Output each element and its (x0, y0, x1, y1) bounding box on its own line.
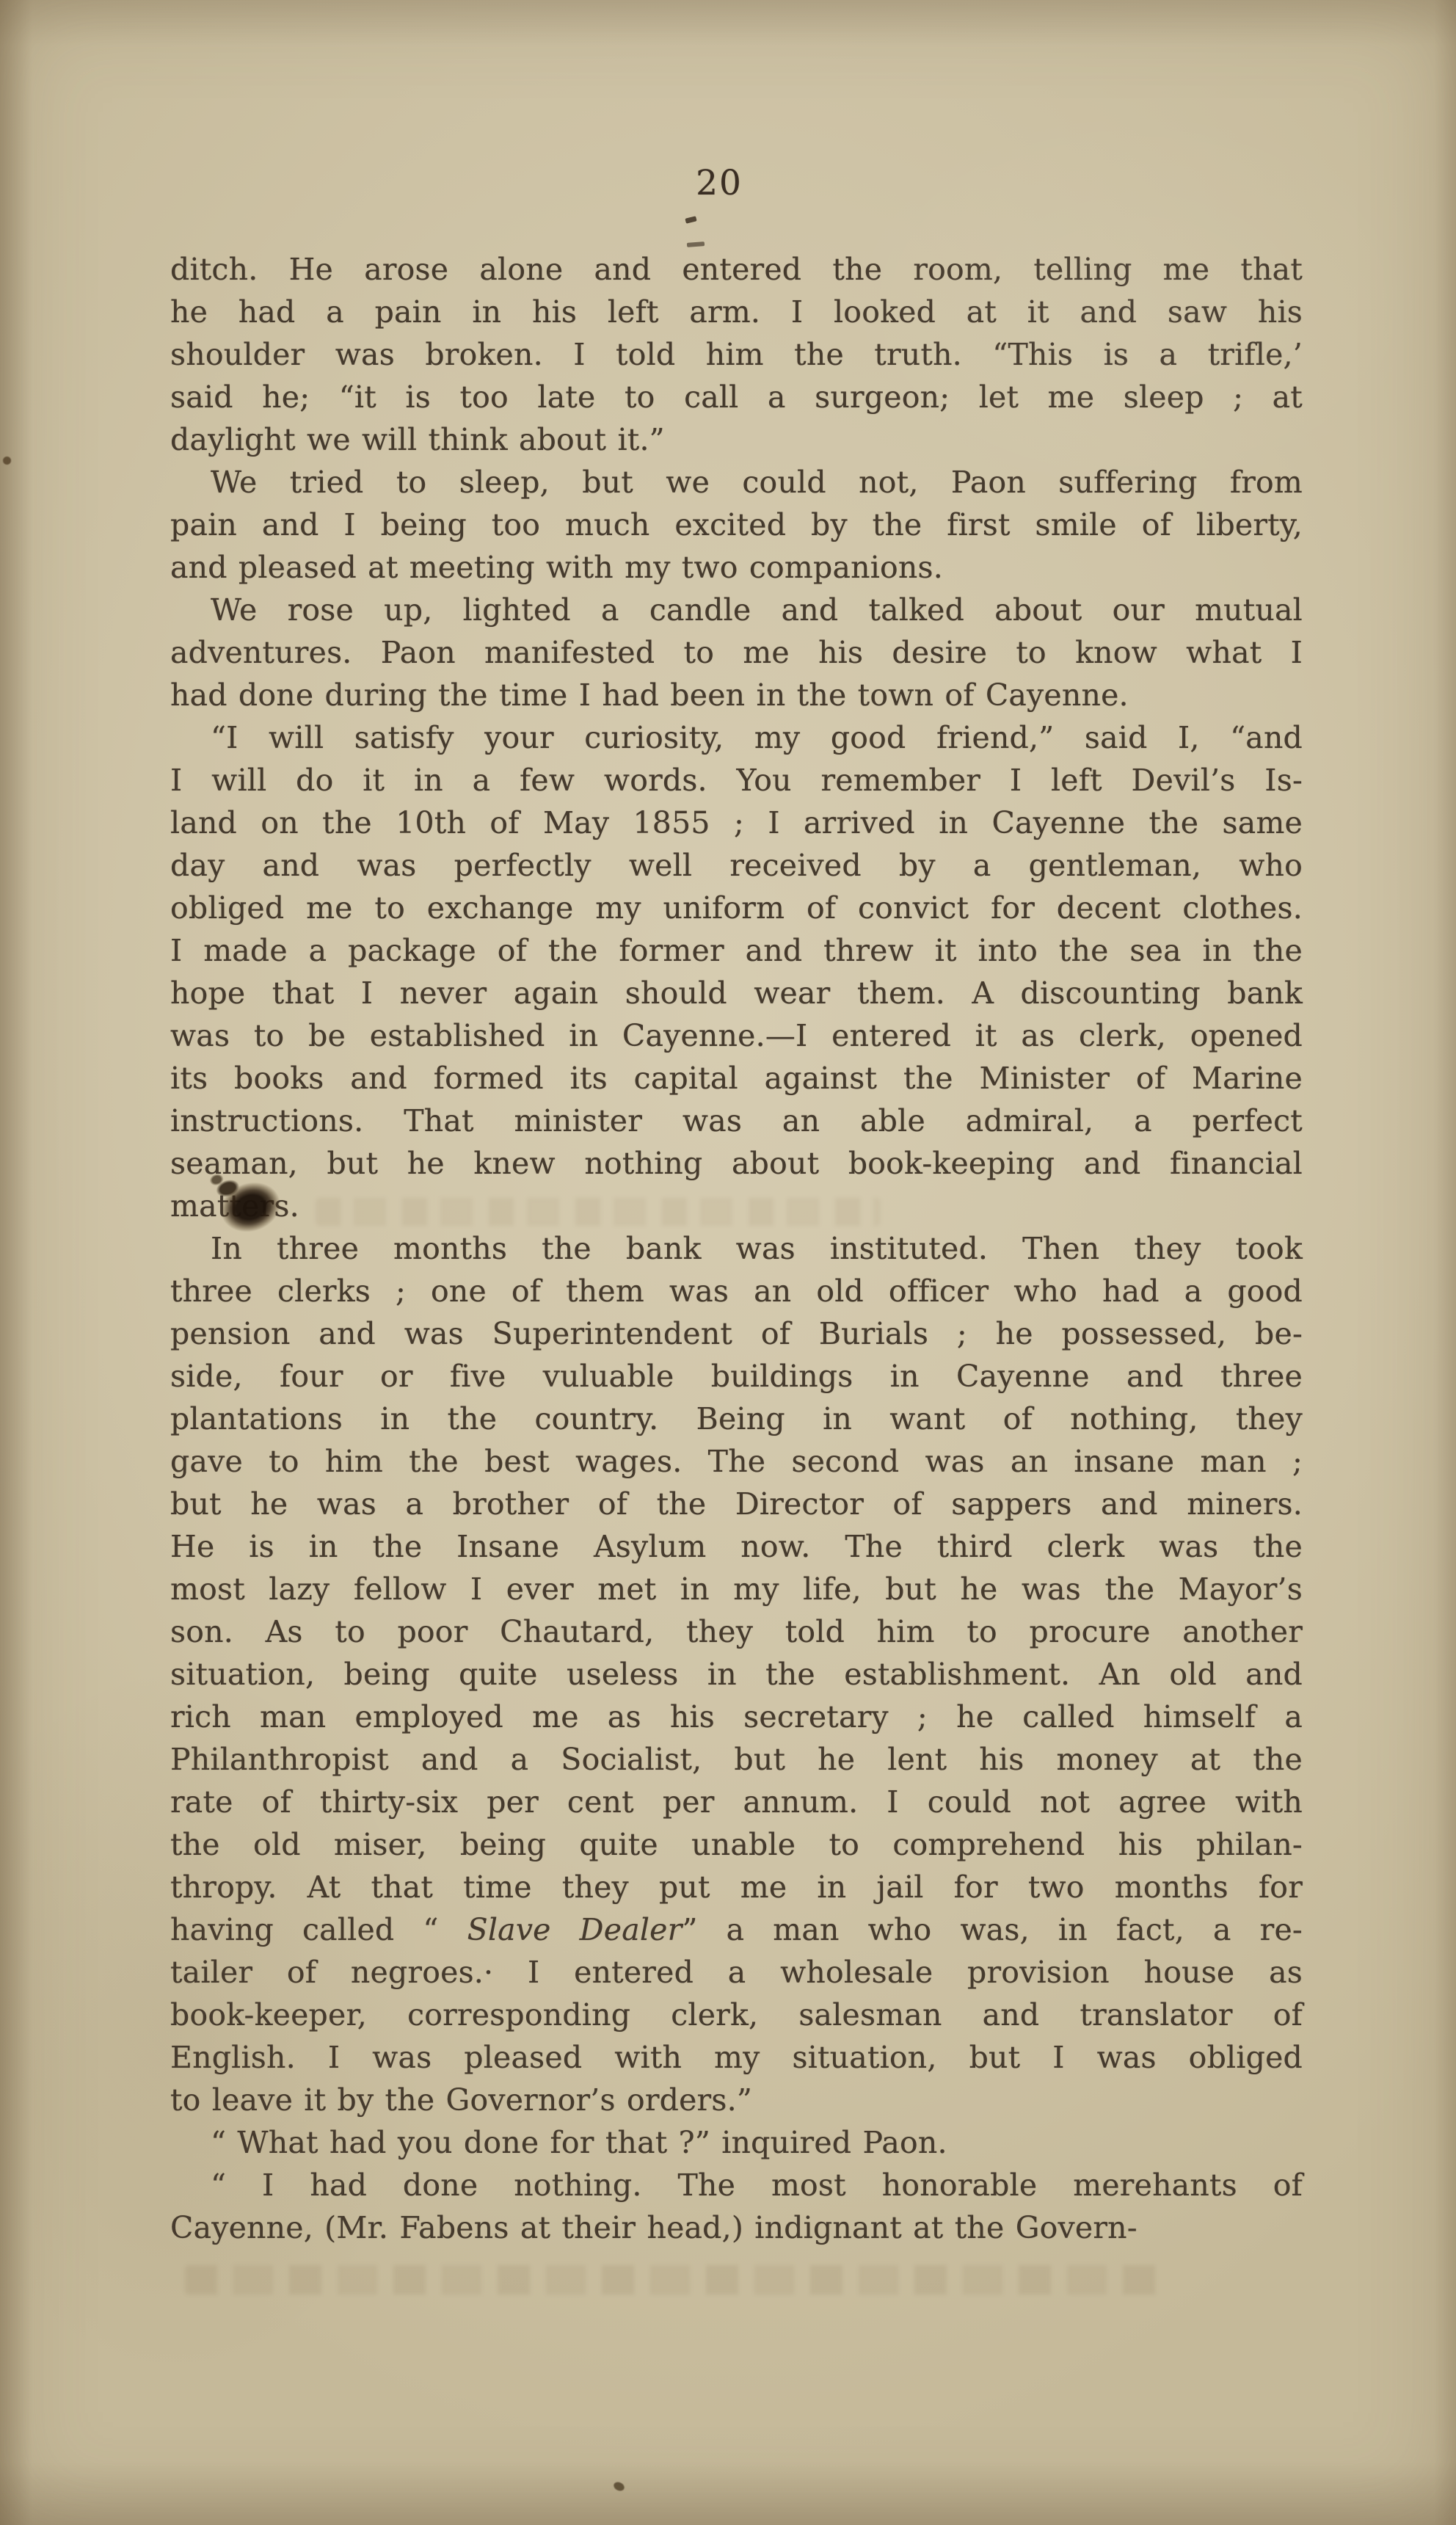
text-segment: “ What had you done for that ?” inquired… (211, 2125, 947, 2160)
text-line: said he; “it is too late to call a surge… (170, 376, 1303, 418)
text-segment: pain and I being too much excited by the… (170, 507, 1303, 542)
text-line: shoulder was broken. I told him the trut… (170, 333, 1303, 376)
text-line: adventures. Paon manifested to me his de… (170, 631, 1303, 674)
text-line: book-keeper, corresponding clerk, salesm… (170, 1994, 1303, 2036)
text-line: Philanthropist and a Socialist, but he l… (170, 1738, 1303, 1781)
text-segment: obliged me to exchange my uniform of con… (170, 890, 1303, 926)
text-segment: he had a pain in his left arm. I looked … (170, 294, 1303, 330)
printing-artifact-mark (687, 241, 705, 247)
text-line: obliged me to exchange my uniform of con… (170, 887, 1303, 929)
text-line: three clerks ; one of them was an old of… (170, 1270, 1303, 1312)
text-segment: most lazy fellow I ever met in my life, … (170, 1572, 1303, 1607)
text-line: most lazy fellow I ever met in my life, … (170, 1568, 1303, 1610)
text-line: Cayenne, (Mr. Fabens at their head,) ind… (170, 2206, 1303, 2249)
text-line: he had a pain in his left arm. I looked … (170, 291, 1303, 333)
text-segment: son. As to poor Chautard, they told him … (170, 1614, 1303, 1649)
text-line: “I will satisfy your curiosity, my good … (170, 716, 1303, 759)
text-line: day and was perfectly well received by a… (170, 844, 1303, 887)
text-line: rich man employed me as his secretary ; … (170, 1696, 1303, 1738)
text-line: English. I was pleased with my situation… (170, 2036, 1303, 2079)
printing-artifact-mark (685, 216, 696, 223)
text-line: but he was a brother of the Director of … (170, 1483, 1303, 1525)
text-segment: In three months the bank was instituted.… (211, 1231, 1303, 1266)
text-segment: pension and was Superintendent of Burial… (170, 1316, 1303, 1351)
text-segment: seaman, but he knew nothing about book-k… (170, 1146, 1303, 1181)
paragraph: ditch. He arose alone and entered the ro… (170, 248, 1303, 461)
text-line: tailer of negroes.· I entered a wholesal… (170, 1951, 1303, 1994)
text-line: thropy. At that time they put me in jail… (170, 1866, 1303, 1908)
text-segment: We tried to sleep, but we could not, Pao… (211, 465, 1303, 500)
text-line: We tried to sleep, but we could not, Pao… (170, 461, 1303, 504)
text-segment: had done during the time I had been in t… (170, 677, 1129, 713)
text-line: I made a package of the former and threw… (170, 929, 1303, 972)
text-segment: land on the 10th of May 1855 ; I arrived… (170, 805, 1303, 840)
text-segment: three clerks ; one of them was an old of… (170, 1274, 1303, 1309)
text-line: daylight we will think about it.” (170, 418, 1303, 461)
text-segment: He is in the Insane Asylum now. The thir… (170, 1529, 1303, 1564)
text-line: ditch. He arose alone and entered the ro… (170, 248, 1303, 291)
text-segment: matters. (170, 1188, 299, 1224)
text-line: side, four or five vuluable buildings in… (170, 1355, 1303, 1398)
text-segment: book-keeper, corresponding clerk, salesm… (170, 1997, 1303, 2032)
text-segment: having called “ (170, 1912, 467, 1947)
text-segment: daylight we will think about it.” (170, 422, 665, 457)
paragraph: We tried to sleep, but we could not, Pao… (170, 461, 1303, 589)
paragraph: “I will satisfy your curiosity, my good … (170, 716, 1303, 1227)
text-segment: instructions. That minister was an able … (170, 1103, 1303, 1138)
text-segment: plantations in the country. Being in wan… (170, 1401, 1303, 1436)
italic-text: Slave Dealer (467, 1912, 682, 1947)
text-line: gave to him the best wages. The second w… (170, 1440, 1303, 1483)
text-line: rate of thirty-six per cent per annum. I… (170, 1781, 1303, 1823)
text-line-with-ink-blot: matters. (170, 1185, 1303, 1227)
text-segment: hope that I never again should wear them… (170, 976, 1303, 1011)
text-line: plantations in the country. Being in wan… (170, 1398, 1303, 1440)
text-segment: side, four or five vuluable buildings in… (170, 1359, 1303, 1394)
text-segment: Philanthropist and a Socialist, but he l… (170, 1742, 1303, 1777)
text-line: We rose up, lighted a candle and talked … (170, 589, 1303, 631)
text-segment: “I will satisfy your curiosity, my good … (211, 720, 1303, 755)
text-line: pension and was Superintendent of Burial… (170, 1312, 1303, 1355)
text-line: and pleased at meeting with my two compa… (170, 546, 1303, 589)
paragraph: In three months the bank was instituted.… (170, 1227, 1303, 2121)
text-segment: shoulder was broken. I told him the trut… (170, 337, 1303, 372)
text-line: the old miser, being quite unable to com… (170, 1823, 1303, 1866)
paragraph: “ I had done nothing. The most honorable… (170, 2164, 1303, 2249)
text-line: son. As to poor Chautard, they told him … (170, 1610, 1303, 1653)
text-segment: rich man employed me as his secretary ; … (170, 1699, 1303, 1734)
text-line: had done during the time I had been in t… (170, 674, 1303, 716)
text-segment: tailer of negroes.· I entered a wholesal… (170, 1955, 1303, 1990)
text-line: “ What had you done for that ?” inquired… (170, 2121, 1303, 2164)
margin-speck (3, 457, 11, 465)
text-segment: but he was a brother of the Director of … (170, 1486, 1303, 1522)
text-line: its books and formed its capital against… (170, 1057, 1303, 1100)
text-line: having called “ Slave Dealer” a man who … (170, 1908, 1303, 1951)
text-segment: Cayenne, (Mr. Fabens at their head,) ind… (170, 2210, 1137, 2245)
text-line: hope that I never again should wear them… (170, 972, 1303, 1014)
text-segment: and pleased at meeting with my two compa… (170, 550, 943, 585)
show-through-text (185, 2265, 1161, 2295)
text-line: was to be established in Cayenne.—I ente… (170, 1014, 1303, 1057)
page-number: 20 (0, 163, 1438, 203)
text-segment: rate of thirty-six per cent per annum. I… (170, 1784, 1303, 1820)
text-segment: English. I was pleased with my situation… (170, 2040, 1303, 2075)
text-segment: We rose up, lighted a candle and talked … (211, 592, 1303, 628)
text-segment: ” a man who was, in fact, a re- (682, 1912, 1303, 1947)
text-segment: gave to him the best wages. The second w… (170, 1444, 1303, 1479)
text-segment: thropy. At that time they put me in jail… (170, 1870, 1303, 1905)
text-line: “ I had done nothing. The most honorable… (170, 2164, 1303, 2206)
paragraph: We rose up, lighted a candle and talked … (170, 589, 1303, 716)
text-segment: I will do it in a few words. You remembe… (170, 763, 1303, 798)
text-segment: ditch. He arose alone and entered the ro… (170, 252, 1303, 287)
text-line: He is in the Insane Asylum now. The thir… (170, 1525, 1303, 1568)
paragraph: “ What had you done for that ?” inquired… (170, 2121, 1303, 2164)
text-line: land on the 10th of May 1855 ; I arrived… (170, 802, 1303, 844)
page-text: ditch. He arose alone and entered the ro… (170, 248, 1303, 2249)
text-segment: the old miser, being quite unable to com… (170, 1827, 1303, 1862)
text-line: to leave it by the Governor’s orders.” (170, 2079, 1303, 2121)
text-line: situation, being quite useless in the es… (170, 1653, 1303, 1696)
text-line: seaman, but he knew nothing about book-k… (170, 1142, 1303, 1185)
text-segment: adventures. Paon manifested to me his de… (170, 635, 1303, 670)
text-segment: situation, being quite useless in the es… (170, 1657, 1303, 1692)
text-segment: day and was perfectly well received by a… (170, 848, 1303, 883)
text-line: In three months the bank was instituted.… (170, 1227, 1303, 1270)
text-line: pain and I being too much excited by the… (170, 504, 1303, 546)
text-segment: its books and formed its capital against… (170, 1061, 1303, 1096)
text-segment: was to be established in Cayenne.—I ente… (170, 1018, 1303, 1053)
text-segment: said he; “it is too late to call a surge… (170, 379, 1303, 415)
text-line: I will do it in a few words. You remembe… (170, 759, 1303, 802)
text-segment: to leave it by the Governor’s orders.” (170, 2082, 752, 2118)
text-segment: “ I had done nothing. The most honorable… (211, 2168, 1303, 2203)
text-line: instructions. That minister was an able … (170, 1100, 1303, 1142)
text-segment: I made a package of the former and threw… (170, 933, 1303, 968)
bottom-speck (612, 2480, 625, 2492)
book-page: 20 ditch. He arose alone and entered the… (0, 0, 1456, 2525)
